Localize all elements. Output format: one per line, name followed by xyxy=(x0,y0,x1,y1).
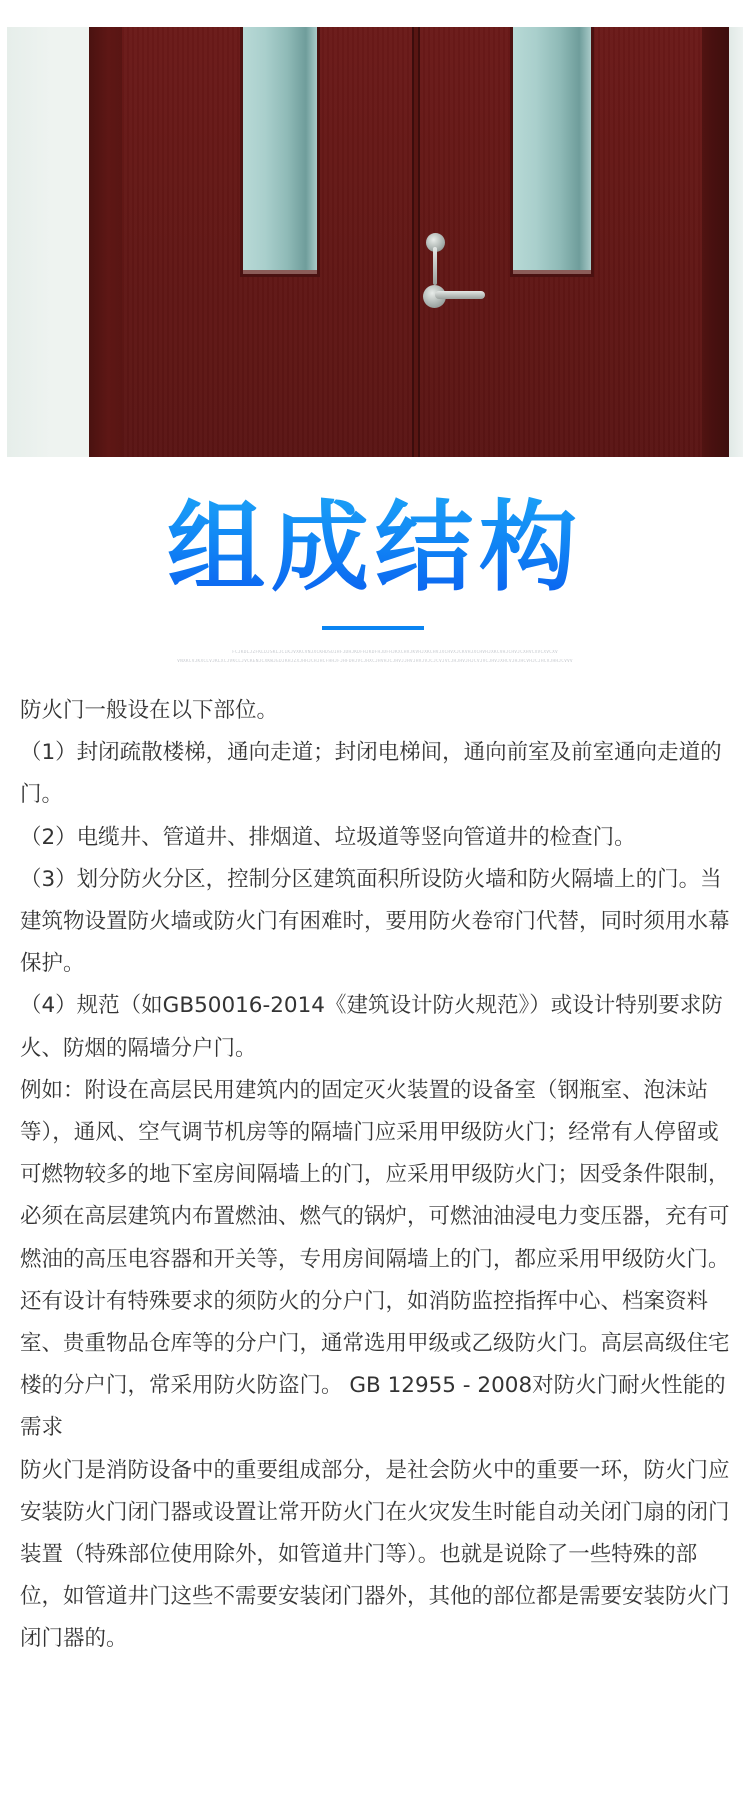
decorative-text-line-1: FCJKDLJZFKLDJSKLJCIKJVXKCVNJXCKHDSUIHFJD… xyxy=(0,650,750,655)
door-handle-lever xyxy=(435,291,485,299)
paragraph-item-2: （2）电缆井、管道井、排烟道、垃圾道等竖向管道井的检查门。 xyxy=(20,817,736,859)
fire-door-photo xyxy=(7,27,743,457)
section-title: 组成结构 xyxy=(0,488,750,608)
paragraph-closer-requirement: 防火门是消防设备中的重要组成部分，是社会防火中的重要一环，防火门应安装防火门闭门… xyxy=(20,1450,736,1661)
decorative-text-line-2: VNXKCVJKXCLVJKLXCJVKCLJVCKENJCXKWJEDJKHJ… xyxy=(0,659,750,664)
paragraph-example: 例如：附设在高层民用建筑内的固定灭火装置的设备室（钢瓶室、泡沫站等），通风、空气… xyxy=(20,1070,736,1450)
title-underline-divider xyxy=(322,626,424,630)
paragraph-item-1: （1）封闭疏散楼梯，通向走道；封闭电梯间，通向前室及前室通向走道的门。 xyxy=(20,732,736,816)
paragraph-item-4: （4）规范（如GB50016-2014《建筑设计防火规范》）或设计特别要求防火、… xyxy=(20,985,736,1069)
door-window-right xyxy=(510,27,594,277)
door-handle-stem xyxy=(433,247,437,285)
paragraph-item-3: （3）划分防火分区，控制分区建筑面积所设防火墙和防火隔墙上的门。当建筑物设置防火… xyxy=(20,859,736,986)
door-window-left xyxy=(240,27,320,277)
paragraph-intro: 防火门一般设在以下部位。 xyxy=(20,690,736,732)
article-body: 防火门一般设在以下部位。 （1）封闭疏散楼梯，通向走道；封闭电梯间，通向前室及前… xyxy=(20,690,736,1661)
